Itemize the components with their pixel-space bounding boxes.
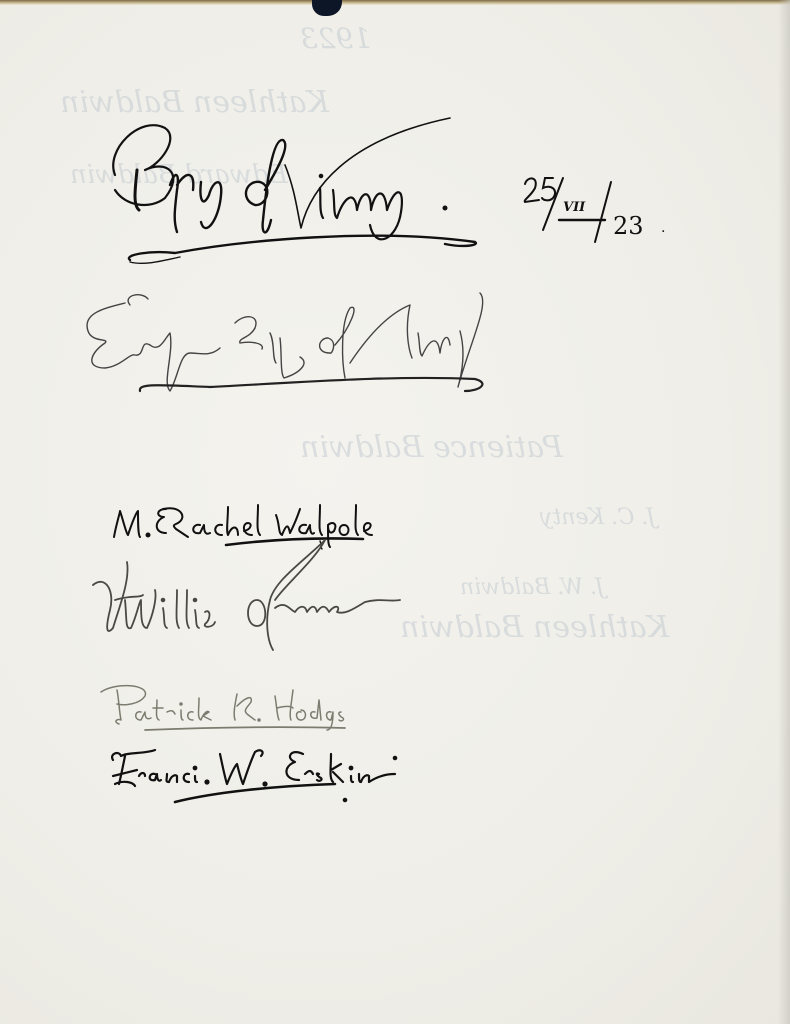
bleed-through-text: Kathleen Baldwin [400,610,669,645]
date-strokes [515,172,685,242]
date-year: 23 [613,212,644,240]
bleed-through-text: J. C. Kenty [540,505,655,530]
date-month: VII [563,200,585,215]
bleed-through-text: 1923 [300,22,371,55]
signature-text: M. Rachel Walpole [114,513,341,541]
page-right-edge-shadow [778,0,790,1024]
signature-text: Francis W. Erskine [113,754,360,784]
signature-patrick-k-hodgson: Patrick K. Hodgson [95,680,355,740]
signature-h-willis-oconnor: H. Willis O'Connor [85,540,405,655]
signature-byng-of-vimy: Byng of Vimy [105,110,485,270]
signature-evelyn-byng-of-vimy: Evelyn Byng of Vimy [70,283,510,403]
bleed-through-text: J. W. Baldwin [460,575,604,600]
date-entry: VII 23 . [515,172,685,242]
signature-text: Patrick K. Hodgson [101,698,317,723]
signature-text: Byng of Vimy [115,170,438,226]
signature-francis-w-erskine: Francis W. Erskine [105,740,405,810]
signature-text: H. Willis O'Connor [93,590,377,625]
date-period: . [661,220,665,236]
signature-text: Evelyn Byng of Vimy [90,328,446,368]
autograph-page: 1923 Kathleen Baldwin Edward Baldwin Pat… [0,0,790,1024]
bleed-through-text: Patience Baldwin [300,430,563,465]
page-top-edge [0,0,790,5]
ink-blot [312,0,342,16]
